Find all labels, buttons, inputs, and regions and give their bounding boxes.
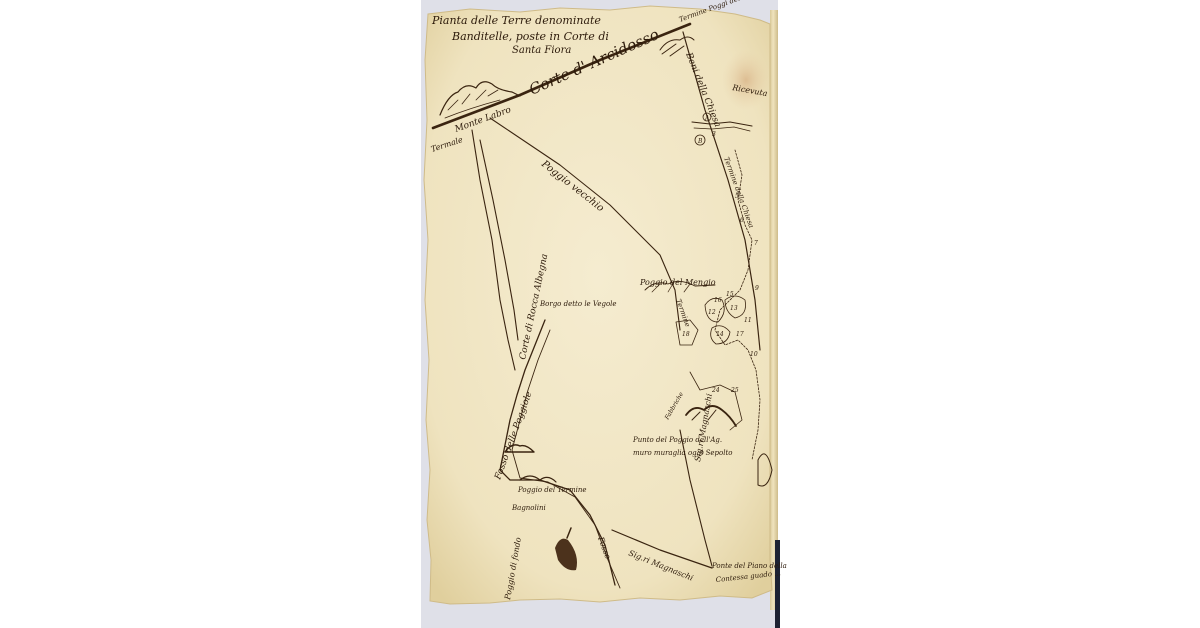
- svg-text:A: A: [704, 115, 710, 122]
- title-line-2: Banditelle, poste in Corte di: [451, 30, 609, 43]
- svg-text:16: 16: [714, 297, 722, 304]
- label-bagnolini: Bagnolini: [511, 504, 546, 512]
- label-poggio-mengio: Poggio del Mengio: [639, 278, 716, 287]
- svg-text:25: 25: [730, 387, 739, 394]
- svg-text:17: 17: [736, 331, 744, 338]
- svg-text:5: 5: [735, 193, 739, 200]
- svg-text:7: 7: [754, 240, 758, 247]
- svg-text:12: 12: [708, 309, 716, 316]
- svg-text:10: 10: [750, 351, 758, 358]
- label-poggio-termine: Poggio del Termine: [517, 486, 587, 494]
- svg-text:3: 3: [712, 131, 716, 138]
- viewer-stage: Ricevuta: [0, 0, 1200, 628]
- water-stain: [722, 50, 770, 110]
- label-punto-poggio: Punto del Poggio dell'Ag.: [632, 436, 722, 444]
- title-line-1: Pianta delle Terre denominate: [431, 14, 601, 27]
- label-borgo-vegole: Borgo detto le Vegole: [539, 300, 617, 308]
- svg-text:11: 11: [744, 317, 752, 324]
- svg-text:9: 9: [755, 285, 759, 292]
- manuscript-map: Ricevuta: [0, 0, 1200, 628]
- svg-text:B: B: [697, 138, 703, 145]
- svg-text:15: 15: [726, 291, 734, 298]
- svg-text:13: 13: [730, 305, 738, 312]
- svg-text:14: 14: [716, 331, 724, 338]
- title-line-3: Santa Fiora: [512, 45, 571, 56]
- label-punto-poggio-2: muro muraglia oggi Sepolto: [633, 449, 733, 457]
- svg-text:18: 18: [682, 331, 690, 338]
- svg-text:24: 24: [711, 387, 720, 394]
- svg-text:6: 6: [740, 217, 744, 224]
